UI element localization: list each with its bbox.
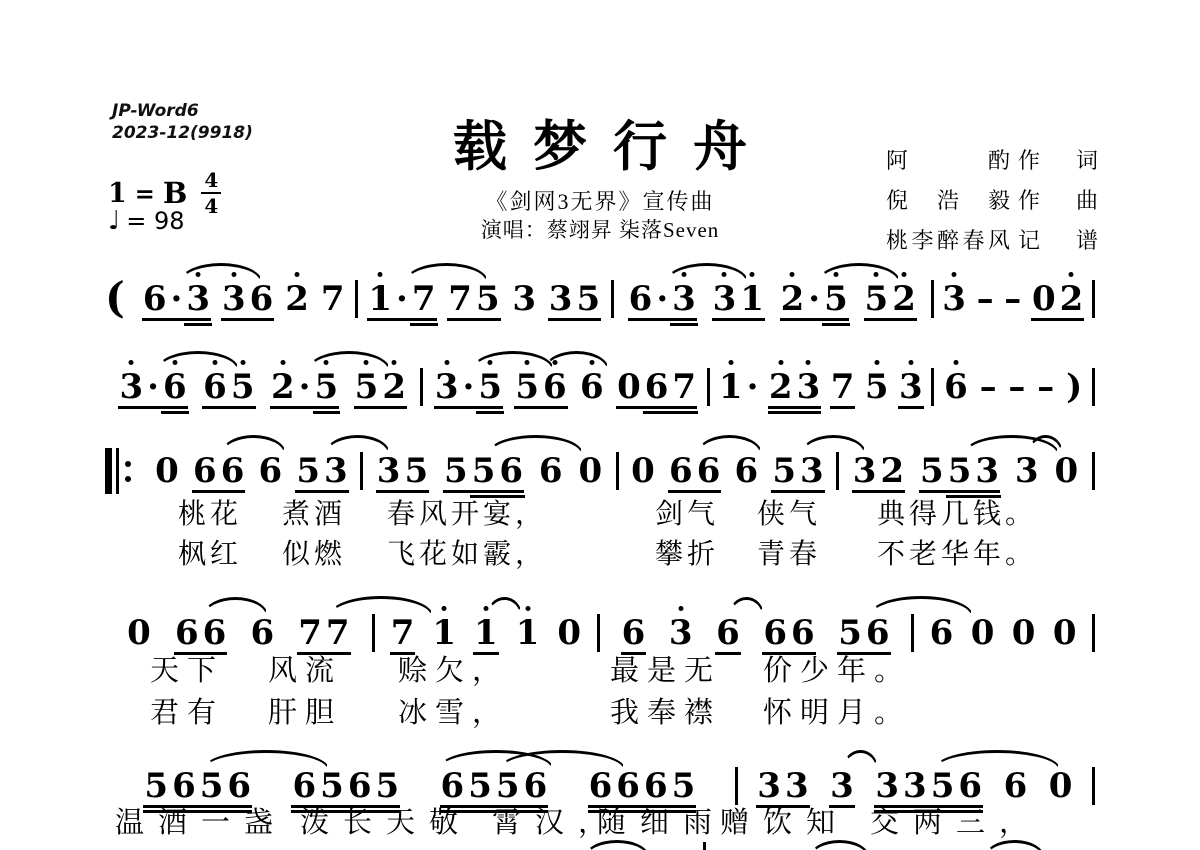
repeat-sign-icon (105, 448, 131, 494)
measure: 3255330 (839, 454, 1092, 488)
note: 6 (866, 616, 890, 650)
note: 6 (589, 769, 613, 803)
note-cell: 1 (472, 616, 500, 650)
note-cell: 66 (173, 616, 228, 650)
note-cell: 6 (620, 616, 648, 650)
note: 6 (669, 454, 693, 488)
note-cell: 5656 (142, 769, 253, 803)
note-cell: 6556 (439, 769, 550, 803)
note: – (1004, 282, 1021, 316)
note-cell: 0 (125, 616, 153, 650)
note: 7 (391, 616, 415, 650)
note-cell: 0 (576, 454, 604, 488)
lyric-phrase: 温酒一盏 (115, 800, 287, 841)
note-cell: 53 (770, 454, 825, 488)
note: 5 (478, 370, 502, 404)
note: 5 (476, 282, 500, 316)
note-cell: 35 (375, 454, 430, 488)
note-cell: – (975, 282, 996, 316)
music-line: (6·336271·7753356·3312·5523––02 (105, 270, 1095, 328)
note: 6 (716, 616, 740, 650)
note: 0 (971, 616, 995, 650)
lyric-phrase: 似燃 (282, 532, 346, 572)
note-cell: 1· (717, 370, 761, 404)
note-cell: 52 (353, 370, 408, 404)
note: 0 (155, 454, 179, 488)
measure: 066677 (105, 616, 372, 650)
note: ) (1066, 370, 1082, 404)
note: 6 (629, 282, 653, 316)
note: 3 (377, 454, 401, 488)
note-cell: 067 (615, 370, 698, 404)
note-cell: 23 (767, 370, 822, 404)
note: 3 (785, 769, 809, 803)
note: 1 (719, 370, 743, 404)
note-cell: 0 (153, 454, 181, 488)
lyric-phrase: 攀折 (655, 532, 719, 572)
note: 2 (1060, 282, 1084, 316)
note: 6 (227, 769, 251, 803)
note: 6 (539, 454, 563, 488)
note-cell: 2·5 (269, 370, 340, 404)
note: 6 (622, 616, 646, 650)
credit-row-lyricist: 阿酌 作词 (886, 144, 1098, 175)
measure: 6366656 (600, 616, 911, 650)
note-cell: 556 (442, 454, 525, 488)
measure: 3555660 (363, 454, 616, 488)
note: 6 (645, 370, 669, 404)
note-cell: 6·3 (141, 282, 212, 316)
note: 2 (880, 454, 904, 488)
credit-row-transcriber: 桃李醉春风 记谱 (886, 224, 1098, 255)
note: 6 (441, 769, 465, 803)
note-cell: – (1002, 282, 1023, 316)
note: 3 (875, 769, 899, 803)
note: 5 (472, 454, 496, 488)
note-cell: 32 (851, 454, 906, 488)
note: 6 (143, 282, 167, 316)
music-line: 3·6652·5523·55660671·237536–––) (105, 358, 1095, 416)
music-line: 0666777111063666566000 (105, 604, 1095, 662)
note-cell: 0 (555, 616, 583, 650)
lyric-phrase: 天下 (150, 648, 224, 689)
note: 5 (576, 282, 600, 316)
note: 5 (948, 454, 972, 488)
note-cell: 6665 (587, 769, 698, 803)
note: 5 (315, 370, 339, 404)
note: 5 (296, 454, 320, 488)
note-cell: 65 (201, 370, 256, 404)
note: – (1037, 370, 1054, 404)
note: 1 (432, 616, 456, 650)
credits-block: 阿酌 作词 倪浩毅 作曲 桃李醉春风 记谱 (886, 144, 1098, 264)
note-cell: 56 (513, 370, 568, 404)
note: 7 (326, 616, 350, 650)
note: 6 (616, 769, 640, 803)
measure: 6·3312·552 (614, 282, 931, 316)
note: 6 (259, 454, 283, 488)
note: 3 (757, 769, 781, 803)
note: 6 (524, 769, 548, 803)
note: 3 (669, 616, 693, 650)
note-cell: 6 (928, 616, 956, 650)
note: 6 (250, 282, 274, 316)
measure: 5656656565566665 (105, 769, 735, 803)
note: 6 (348, 769, 372, 803)
note-cell: – (978, 370, 999, 404)
note-cell: 553 (918, 454, 1001, 488)
lyricist-name: 阿酌 (886, 144, 1010, 175)
note-cell: 33 (755, 769, 810, 803)
note: 6 (499, 454, 523, 488)
note: 2 (271, 370, 295, 404)
note-cell: 31 (711, 282, 766, 316)
lyricist-role: 作词 (1018, 144, 1098, 175)
note: 5 (865, 282, 889, 316)
measure: 066653 (619, 454, 836, 488)
note: 6 (697, 454, 721, 488)
note-cell: 35 (547, 282, 602, 316)
note-cell: 7 (319, 282, 347, 316)
note: · (463, 370, 475, 404)
note: 6 (791, 616, 815, 650)
measure: 3––02 (934, 282, 1092, 316)
note-cell: – (1035, 370, 1056, 404)
note-cell: 36 (220, 282, 275, 316)
note: 5 (355, 370, 379, 404)
note: 3 (903, 769, 927, 803)
barline (1092, 368, 1095, 406)
note: 3 (549, 282, 573, 316)
note: 3 (800, 454, 824, 488)
note-cell: 3 (667, 616, 695, 650)
lyric-phrase: 春风开宴， (387, 492, 547, 532)
note-cell: 3 (510, 282, 538, 316)
note: 6 (1004, 769, 1028, 803)
note-cell: 66 (191, 454, 246, 488)
sheet-music-page: JP-Word6 2023-12(9918) 1 = B 4 4 ♩ = 98 … (0, 0, 1200, 850)
note: · (147, 370, 159, 404)
measure: 1·23753 (710, 370, 931, 404)
note: 6 (944, 370, 968, 404)
note: 2 (285, 282, 309, 316)
note-cell: 0 (1051, 616, 1079, 650)
note-cell: 0 (1052, 454, 1080, 488)
note: 5 (496, 769, 520, 803)
lyric-phrase: 桃花 (178, 492, 242, 532)
note: 6 (930, 616, 954, 650)
measure: 1·775335 (358, 282, 611, 316)
note: 6 (163, 370, 187, 404)
note: · (396, 282, 408, 316)
note: 0 (1012, 616, 1036, 650)
note-cell: 6 (248, 616, 276, 650)
cutoff-slur-arc (585, 840, 649, 850)
note: 1 (740, 282, 764, 316)
note-cell: 2·5 (779, 282, 850, 316)
note-cell: 2 (283, 282, 311, 316)
lyric-phrase: 泼长天敬 (300, 800, 472, 841)
lyric-phrase: 交两三， (870, 800, 1042, 841)
note: 5 (865, 370, 889, 404)
note: 3 (186, 282, 210, 316)
note: 1 (516, 616, 540, 650)
lyric-phrase: 随细雨 (597, 800, 726, 841)
note: · (656, 282, 668, 316)
note-cell: 3 (940, 282, 968, 316)
note: 5 (931, 769, 955, 803)
measure: 3·6652·552 (105, 370, 420, 404)
note: 6 (292, 769, 316, 803)
lyric-phrase: 枫红 (178, 532, 242, 572)
note-cell: 6 (733, 454, 761, 488)
lyric-phrase: 不老华年。 (877, 532, 1037, 572)
note: 6 (203, 616, 227, 650)
note: · (171, 282, 183, 316)
note-cell: 1 (430, 616, 458, 650)
note: 6 (763, 616, 787, 650)
lyric-phrase: 飞花如霰， (387, 532, 547, 572)
note-cell: 52 (863, 282, 918, 316)
cutoff-barline (703, 842, 706, 850)
note: 6 (543, 370, 567, 404)
note: 3 (435, 370, 459, 404)
note-cell: 75 (446, 282, 501, 316)
note: 0 (617, 370, 641, 404)
measure: 3·5566067 (423, 370, 707, 404)
note: 3 (853, 454, 877, 488)
note: 3 (713, 282, 737, 316)
note-cell: 0 (969, 616, 997, 650)
note: 5 (515, 370, 539, 404)
lyric-phrase: 肝胆 (268, 690, 342, 731)
barline (1092, 452, 1095, 490)
note: 3 (797, 370, 821, 404)
note-cell: 56 (836, 616, 891, 650)
note: 5 (838, 616, 862, 650)
note-cell: 6·3 (627, 282, 698, 316)
lyric-phrase: 侠气 (757, 492, 821, 532)
note-cell: 0 (629, 454, 657, 488)
note: 3 (119, 370, 143, 404)
note: 3 (324, 454, 348, 488)
note-cell: 77 (296, 616, 351, 650)
note: 6 (735, 454, 759, 488)
note: 6 (175, 616, 199, 650)
note: 0 (1032, 282, 1056, 316)
note: – (980, 370, 997, 404)
note-cell: 6 (257, 454, 285, 488)
barline (1092, 614, 1095, 652)
note: 7 (448, 282, 472, 316)
note: 3 (672, 282, 696, 316)
note: 2 (892, 282, 916, 316)
note-cell: 3·6 (117, 370, 188, 404)
note: 5 (404, 454, 428, 488)
lyric-phrase: 最是无 (610, 648, 721, 689)
note-cell: 6 (1002, 769, 1030, 803)
note: 7 (412, 282, 436, 316)
note-cell: 3·5 (433, 370, 504, 404)
measure: 6000 (914, 616, 1092, 650)
note: – (1008, 370, 1025, 404)
note: 5 (231, 370, 255, 404)
note: 1 (474, 616, 498, 650)
transcriber-role: 记谱 (1018, 224, 1098, 255)
note-cell: 53 (294, 454, 349, 488)
note: 0 (1053, 616, 1077, 650)
lyric-phrase: 青春 (757, 532, 821, 572)
note: 3 (899, 370, 923, 404)
note: 0 (631, 454, 655, 488)
note-cell: 0 (1047, 769, 1075, 803)
note: 6 (172, 769, 196, 803)
note-cell: 5 (863, 370, 891, 404)
note: 3 (1015, 454, 1039, 488)
note: 6 (250, 616, 274, 650)
note: 0 (557, 616, 581, 650)
note-cell: 3356 (873, 769, 984, 803)
note: 5 (144, 769, 168, 803)
lyric-phrase: 怀明月。 (763, 690, 911, 731)
note: 6 (203, 370, 227, 404)
credit-row-composer: 倪浩毅 作曲 (886, 184, 1098, 215)
note-cell: 6 (537, 454, 565, 488)
note: 2 (382, 370, 406, 404)
lyric-phrase: 典得几钱。 (877, 492, 1037, 532)
note-cell: 3 (897, 370, 925, 404)
transcriber-name: 桃李醉春风 (886, 224, 1010, 255)
note: 3 (512, 282, 536, 316)
lyric-phrase: 风流 (268, 648, 342, 689)
note-cell: ) (1064, 370, 1084, 404)
note: 5 (672, 769, 696, 803)
composer-role: 作曲 (1018, 184, 1098, 215)
note: · (747, 370, 759, 404)
note: 5 (772, 454, 796, 488)
note: 6 (644, 769, 668, 803)
lyric-phrase: 剑气 (655, 492, 719, 532)
note-cell: 66 (667, 454, 722, 488)
note: 7 (321, 282, 345, 316)
note-cell: 3 (1013, 454, 1041, 488)
note: 6 (193, 454, 217, 488)
lyric-phrase: 赠饮知 (720, 800, 849, 841)
note: 3 (975, 454, 999, 488)
note-cell: 1 (514, 616, 542, 650)
measure: 333335660 (738, 769, 1092, 803)
barline (1092, 280, 1095, 318)
cutoff-slur-arc (810, 840, 869, 850)
note: · (299, 370, 311, 404)
barline (1092, 767, 1095, 805)
lyric-phrase: 冰雪， (398, 690, 509, 731)
note-cell: 6565 (290, 769, 401, 803)
measure: 6·33627 (133, 282, 355, 316)
measure: 71110 (375, 616, 597, 650)
note: 7 (672, 370, 696, 404)
note: – (977, 282, 994, 316)
note: 7 (831, 370, 855, 404)
note: 2 (769, 370, 793, 404)
note: 6 (580, 370, 604, 404)
note-cell: 6 (714, 616, 742, 650)
note: 5 (320, 769, 344, 803)
lyric-phrase: 我奉襟 (610, 690, 721, 731)
cutoff-slur-arc (985, 840, 1044, 850)
note-cell: 3 (828, 769, 856, 803)
note-cell: 1·7 (366, 282, 437, 316)
note: 5 (200, 769, 224, 803)
note: 6 (221, 454, 245, 488)
note: 0 (578, 454, 602, 488)
note: · (808, 282, 820, 316)
note: 3 (222, 282, 246, 316)
note: 3 (942, 282, 966, 316)
lyric-phrase: 赊欠， (398, 648, 509, 689)
note-cell: 6 (578, 370, 606, 404)
measure: 6–––) (934, 370, 1092, 404)
note-cell: 0 (1010, 616, 1038, 650)
note: 5 (444, 454, 468, 488)
composer-name: 倪浩毅 (886, 184, 1010, 215)
note: 5 (824, 282, 848, 316)
note-cell: 02 (1030, 282, 1085, 316)
note: 0 (1054, 454, 1078, 488)
lyric-phrase: 君有 (150, 690, 224, 731)
lyric-phrase: 价少年。 (763, 648, 911, 689)
note: 5 (920, 454, 944, 488)
note: 6 (958, 769, 982, 803)
lyric-phrase: 煮酒 (282, 492, 346, 532)
note-cell: – (1006, 370, 1027, 404)
measure: 066653 (143, 454, 360, 488)
note-cell: 7 (389, 616, 417, 650)
note: 2 (781, 282, 805, 316)
note: 0 (127, 616, 151, 650)
note-cell: 6 (942, 370, 970, 404)
note: 0 (1049, 769, 1073, 803)
note: 5 (375, 769, 399, 803)
open-paren: ( (105, 273, 125, 322)
note-cell: 66 (761, 616, 816, 650)
note-cell: 7 (829, 370, 857, 404)
note: 3 (830, 769, 854, 803)
note: 7 (298, 616, 322, 650)
note: 5 (468, 769, 492, 803)
note: 1 (368, 282, 392, 316)
